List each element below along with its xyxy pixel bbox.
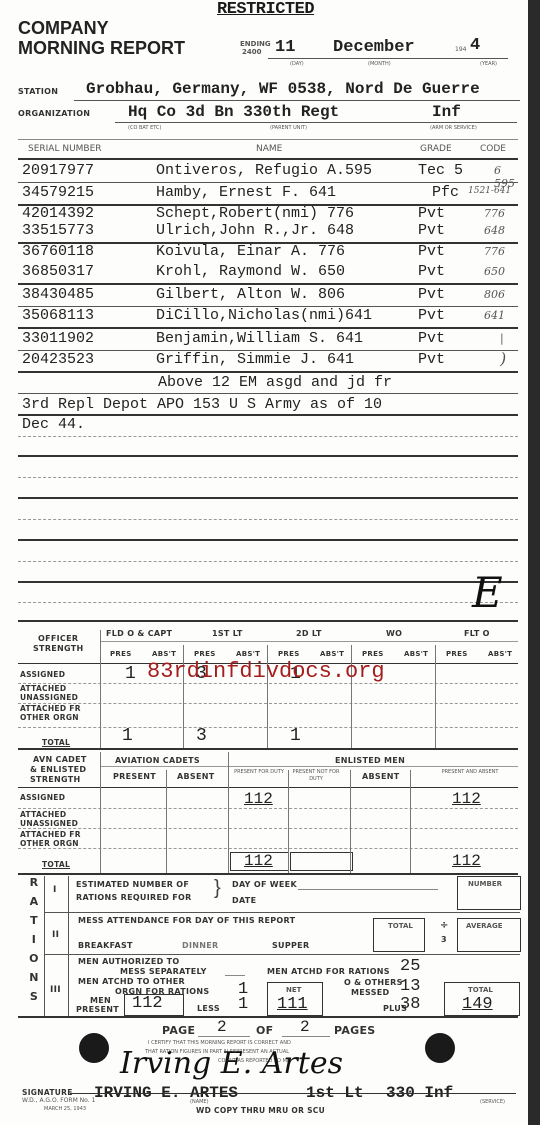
remark-line-1: Above 12 EM asgd and jd fr: [158, 374, 392, 391]
page-label: PAGE: [162, 1024, 195, 1037]
officer-group-1st-lt: 1ST LT: [212, 629, 243, 638]
serial-number: 38430485: [22, 286, 94, 303]
enlisted-row-total: TOTAL: [42, 860, 70, 869]
serial-number: 33011902: [22, 330, 94, 347]
others-messed-value: 13: [400, 977, 420, 996]
enlisted-title-1: AVN CADET: [33, 755, 87, 764]
name-caption: (NAME): [190, 1099, 209, 1105]
enlisted-rule: [18, 848, 518, 850]
dinner-label: DINNER: [182, 941, 218, 950]
officer-row-attached-other: ATTACHED FR OTHER ORGN: [20, 704, 98, 722]
soldier-name: Ontiveros, Refugio A.595: [156, 162, 372, 179]
form-title-company: COMPANY: [18, 18, 109, 39]
enlisted-header-rule: [18, 787, 518, 788]
soldier-grade: Pvt: [418, 205, 445, 222]
enlisted-row-attached-other: ATTACHED FR OTHER ORGN: [20, 830, 98, 848]
officer-group-flt-o: FLT O: [464, 629, 490, 638]
officer-row-assigned: ASSIGNED: [20, 670, 65, 679]
officer-group-2d-lt: 2D LT: [296, 629, 322, 638]
blank-rule: [18, 620, 518, 622]
supper-label: SUPPER: [272, 941, 309, 950]
organization-value: Hq Co 3d Bn 330th Regt: [128, 103, 339, 121]
subcol-abst: ABS'T: [152, 650, 176, 658]
enlisted-total-present-and-absent: 112: [452, 852, 481, 870]
section-rule: [44, 954, 520, 955]
row-rule: [18, 283, 518, 285]
subcol-abst: ABS'T: [404, 650, 428, 658]
authorized-mess-line-2: MESS SEPARATELY: [120, 967, 207, 976]
rations-letter: T: [26, 914, 42, 933]
authorized-mess-line-1: MEN AUTHORIZED TO: [78, 957, 180, 966]
blank-rule: [18, 561, 518, 563]
enlisted-col-divider: [410, 770, 411, 873]
section-ii-label: II: [52, 930, 59, 940]
subcol-pres: PRES: [110, 650, 132, 658]
others-messed-line-1: O & OTHERS: [344, 978, 403, 987]
rations-bottom-rule: [18, 1016, 518, 1018]
number-label: NUMBER: [468, 880, 502, 888]
rations-letter: R: [26, 876, 42, 895]
year-prefix: 194: [455, 46, 466, 53]
remark-rule: [18, 393, 518, 394]
station-underline: [74, 100, 520, 101]
men-present-label-2: PRESENT: [76, 1005, 119, 1014]
officer-group-fld-capt: FLD O & CAPT: [106, 629, 172, 638]
day-of-week-label: DAY OF WEEK: [232, 880, 297, 889]
atchd-for-rations-value: 25: [400, 957, 420, 976]
grand-total-value: 149: [462, 995, 493, 1014]
day-of-week-field: [298, 889, 438, 890]
enlisted-assigned-present-for-duty: 112: [244, 790, 273, 808]
serial-number: 20917977: [22, 162, 94, 179]
col-present-not-for-duty: PRESENT NOT FOR DUTY: [290, 769, 342, 783]
soldier-grade: Pvt: [418, 330, 445, 347]
spec-code: 776: [484, 245, 505, 258]
less-label: LESS: [197, 1004, 220, 1013]
grand-total-label: TOTAL: [468, 986, 493, 994]
soldier-name: Krohl, Raymond W. 650: [156, 263, 345, 280]
report-month: December: [333, 38, 415, 57]
enlisted-col-divider: [100, 752, 101, 873]
soldier-grade: Pvt: [418, 222, 445, 239]
soldier-grade: Pvt: [418, 307, 445, 324]
spec-code: ): [500, 349, 506, 368]
blank-rule: [18, 455, 518, 457]
form-id: W.D., A.G.O. FORM No. 1: [22, 1097, 95, 1104]
soldier-name: Koivula, Einar A. 776: [156, 243, 345, 260]
soldier-name: Griffin, Simmie J. 641: [156, 351, 354, 368]
subcol-abst: ABS'T: [488, 650, 512, 658]
soldier-name: Hamby, Ernest F. 641: [156, 184, 336, 201]
subcol-pres: PRES: [278, 650, 300, 658]
org-caption-company: (CO BAT ETC): [128, 125, 161, 131]
form-title-morning-report: MORNING REPORT: [18, 38, 185, 59]
organization-label: ORGANIZATION: [18, 109, 90, 118]
serial-number: 42014392: [22, 205, 94, 222]
roster-row: 20917977 Ontiveros, Refugio A.595 Tec 5 …: [20, 162, 520, 184]
enlisted-row-attached-unassigned: ATTACHED UNASSIGNED: [20, 810, 98, 828]
station-value: Grobhau, Germany, WF 0538, Nord De Guerr…: [86, 80, 480, 98]
org-caption-arm: (ARM OR SERVICE): [430, 125, 477, 131]
officer-strength-title-2: STRENGTH: [33, 644, 84, 653]
year-caption: (YEAR): [480, 61, 497, 67]
subcol-pres: PRES: [194, 650, 216, 658]
breakfast-label: BREAKFAST: [78, 941, 133, 950]
soldier-grade: Pvt: [418, 243, 445, 260]
officer-row-total: TOTAL: [42, 738, 70, 747]
blank-rule: [18, 539, 518, 541]
month-caption: (MONTH): [368, 61, 391, 67]
group-enlisted-men: ENLISTED MEN: [335, 756, 405, 765]
group-aviation-cadets: AVIATION CADETS: [115, 756, 200, 765]
brace-icon: }: [214, 877, 221, 900]
enlisted-row-assigned: ASSIGNED: [20, 793, 65, 802]
subcol-pres: PRES: [362, 650, 384, 658]
officer-rule: [18, 703, 518, 705]
col-cadets-absent: ABSENT: [177, 772, 214, 781]
soldier-name: Ulrich,John R.,Jr. 648: [156, 222, 354, 239]
morning-report-form: RESTRICTED COMPANY MORNING REPORT ENDING…: [0, 0, 528, 1125]
watermark: 83rdinfdivdocs.org: [147, 659, 385, 684]
blank-rule: [18, 581, 518, 583]
section-iii-label: III: [50, 985, 61, 995]
soldier-name: Schept,Robert(nmi) 776: [156, 205, 354, 222]
soldier-grade: Pvt: [418, 286, 445, 303]
signature-line: [70, 1093, 516, 1094]
organization-underline: [115, 122, 517, 123]
rations-side-label: R A T I O N S: [26, 876, 42, 1009]
spec-code: |: [500, 332, 504, 345]
row-rule: [18, 327, 518, 329]
officer-strength-title-1: OFFICER: [38, 634, 78, 643]
spec-code: 648: [484, 224, 505, 237]
divide-icon: ÷: [440, 920, 449, 931]
enlisted-col-divider: [350, 770, 351, 873]
officer-total-2d-lt-pres: 1: [290, 726, 301, 746]
rations-letter: A: [26, 895, 42, 914]
initial-mark: E: [472, 568, 503, 617]
rations-section-divider: [68, 876, 69, 1016]
serial-number: 33515773: [22, 222, 94, 239]
station-label: STATION: [18, 87, 58, 96]
men-present-value: 112: [132, 994, 163, 1013]
rations-letter: S: [26, 990, 42, 1009]
spec-code: 650: [484, 265, 505, 278]
spec-code: 641: [484, 309, 505, 322]
serial-number: 35068113: [22, 307, 94, 324]
page-total-field: [282, 1036, 330, 1037]
form-date: MARCH 25, 1943: [44, 1106, 86, 1112]
blank-rule: [18, 519, 518, 521]
less-value: 1: [238, 995, 248, 1014]
roster-row: 20423523 Griffin, Simmie J. 641 Pvt ): [20, 351, 520, 373]
handwritten-signature: Irving E. Artes: [120, 1046, 343, 1081]
estimated-rations-line-1: ESTIMATED NUMBER OF: [76, 880, 189, 889]
service-caption: (SERVICE): [480, 1099, 505, 1105]
spec-code: 776: [484, 207, 505, 220]
enlisted-col-divider: [228, 752, 229, 873]
rations-letter: O: [26, 952, 42, 971]
remark-rule: [18, 436, 518, 438]
section-i-label: I: [53, 885, 57, 895]
atchd-for-rations-label: MEN ATCHD FOR RATIONS: [267, 967, 390, 976]
soldier-name: Gilbert, Alton W. 806: [156, 286, 345, 303]
roster-row: 33515773 Ulrich,John R.,Jr. 648 Pvt 648: [20, 222, 520, 244]
men-present-label-1: MEN: [90, 996, 111, 1005]
roster-row: 38430485 Gilbert, Alton W. 806 Pvt 806: [20, 286, 520, 308]
soldier-name: DiCillo,Nicholas(nmi)641: [156, 307, 372, 324]
row-rule: [18, 182, 518, 183]
estimated-rations-line-2: RATIONS REQUIRED FOR: [76, 893, 192, 902]
serial-number: 20423523: [22, 351, 94, 368]
net-value: 111: [277, 995, 308, 1014]
spec-code: 1521-641: [468, 186, 511, 196]
scan-edge: [528, 0, 540, 1125]
col-serial-number: SERIAL NUMBER: [28, 144, 102, 154]
punch-hole-right: [425, 1033, 455, 1063]
date-underline: [268, 58, 508, 59]
enlisted-bottom-rule: [18, 873, 518, 875]
col-present-and-absent: PRESENT AND ABSENT: [440, 769, 500, 776]
roster-row: 34579215 Hamby, Ernest F. 641 Pfc 1521-6…: [20, 184, 520, 206]
day-caption: (DAY): [290, 61, 304, 67]
subcol-abst: ABS'T: [320, 650, 344, 658]
atchd-other-line-1: MEN ATCHD TO OTHER: [78, 977, 185, 986]
date-label: DATE: [232, 896, 256, 905]
blank-rule: [18, 497, 518, 499]
page-number-field: [198, 1036, 250, 1037]
col-enlisted-absent: ABSENT: [362, 772, 399, 781]
plus-value: 38: [400, 995, 420, 1014]
report-year-digit: 4: [470, 36, 480, 55]
roster-header-rule: [18, 158, 518, 160]
col-code: CODE: [480, 144, 506, 154]
col-grade: GRADE: [420, 144, 452, 154]
classification-stamp: RESTRICTED: [217, 0, 314, 19]
col-present-for-duty: PRESENT FOR DUTY: [234, 769, 284, 776]
soldier-name: Benjamin,William S. 641: [156, 330, 363, 347]
others-messed-line-2: MESSED: [351, 988, 390, 997]
soldier-grade: Tec 5: [418, 162, 463, 179]
serial-number: 36850317: [22, 263, 94, 280]
roster-row: 36850317 Krohl, Raymond W. 650 Pvt 650: [20, 263, 520, 285]
enlisted-col-divider: [166, 770, 167, 873]
total-present-not-for-duty-box: [290, 852, 353, 871]
blank-rule: [18, 477, 518, 479]
officer-group-rule: [100, 641, 518, 642]
subcol-pres: PRES: [446, 650, 468, 658]
wd-copy-note: WD COPY THRU MRU OR SCU: [196, 1106, 325, 1115]
section-rule: [44, 912, 520, 913]
officer-total-1st-lt-pres: 3: [196, 726, 207, 746]
mess-total-label: TOTAL: [388, 922, 413, 930]
officer-col-divider: [435, 645, 436, 748]
roster-row: 36760118 Koivula, Einar A. 776 Pvt 776: [20, 243, 520, 265]
col-name: NAME: [256, 144, 282, 154]
spec-code: 806: [484, 288, 505, 301]
soldier-grade: Pfc: [432, 184, 459, 201]
rations-side-divider: [44, 876, 45, 1016]
enlisted-title-3: STRENGTH: [30, 775, 81, 784]
subcol-abst: ABS'T: [236, 650, 260, 658]
page-number: 2: [217, 1018, 227, 1036]
of-label: OF: [256, 1024, 273, 1037]
ending-label: ENDING: [240, 40, 271, 48]
remark-line-2: 3rd Repl Depot APO 153 U S Army as of 10: [22, 396, 382, 413]
divide-by-value: 3: [441, 935, 447, 944]
enlisted-assigned-present-and-absent: 112: [452, 790, 481, 808]
blank-rule: [18, 602, 518, 604]
officer-col-divider: [100, 630, 101, 748]
authorized-mess-field: [225, 975, 245, 976]
page-total: 2: [300, 1018, 310, 1036]
remark-rule: [18, 414, 518, 416]
ending-time-label: 2400: [242, 48, 261, 56]
officer-rule: [18, 727, 518, 729]
row-rule: [18, 371, 518, 373]
officer-assigned-fld-capt-pres: 1: [125, 664, 136, 684]
rations-letter: N: [26, 971, 42, 990]
org-caption-parent: (PARENT UNIT): [270, 125, 307, 131]
roster-row: 35068113 DiCillo,Nicholas(nmi)641 Pvt 64…: [20, 307, 520, 329]
officer-group-wo: WO: [386, 629, 402, 638]
roster-row: 33011902 Benjamin,William S. 641 Pvt |: [20, 330, 520, 352]
punch-hole-left: [79, 1033, 109, 1063]
arm-value: Inf: [432, 103, 461, 121]
enlisted-col-divider: [288, 770, 289, 873]
enlisted-title-2: & ENLISTED: [30, 765, 86, 774]
report-day: 11: [275, 38, 295, 57]
roster-top-rule: [18, 139, 518, 140]
officer-row-attached-unassigned: ATTACHED UNASSIGNED: [20, 684, 98, 702]
enlisted-total-present-for-duty: 112: [244, 852, 273, 870]
average-label: AVERAGE: [466, 922, 502, 930]
net-label: NET: [286, 986, 301, 994]
mess-attendance-label: MESS ATTENDANCE FOR DAY OF THIS REPORT: [78, 916, 295, 925]
serial-number: 36760118: [22, 243, 94, 260]
serial-number: 34579215: [22, 184, 94, 201]
soldier-grade: Pvt: [418, 263, 445, 280]
officer-total-fld-capt-pres: 1: [122, 726, 133, 746]
officer-bottom-rule: [18, 748, 518, 750]
pages-label: PAGES: [334, 1024, 376, 1037]
soldier-grade: Pvt: [418, 351, 445, 368]
signature-label: SIGNATURE: [22, 1088, 73, 1097]
remark-line-3: Dec 44.: [22, 416, 85, 433]
rations-letter: I: [26, 933, 42, 952]
enlisted-group-rule: [100, 766, 518, 767]
col-cadets-present: PRESENT: [113, 772, 156, 781]
